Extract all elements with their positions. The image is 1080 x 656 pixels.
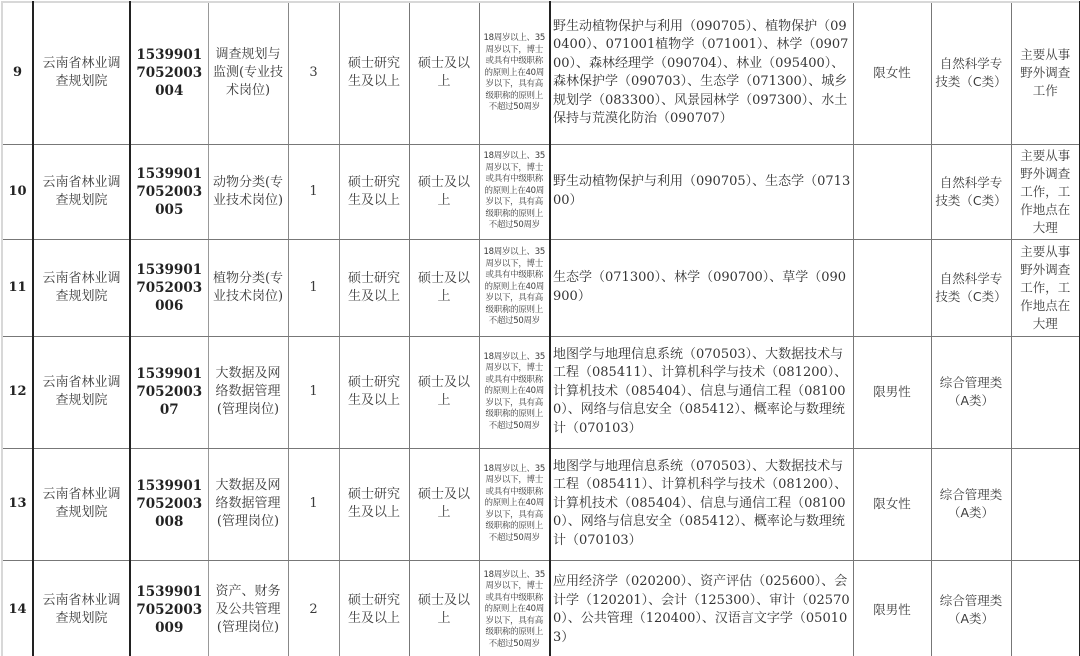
- hire-count: 1: [288, 144, 339, 239]
- degree-requirement: 硕士及以上: [409, 336, 479, 448]
- age-requirement: 18周岁以上、35周岁以下，博士或具有中级职称的原则上在40周岁以下，具有高级职…: [479, 560, 550, 656]
- degree-requirement: 硕士及以上: [409, 560, 479, 656]
- remarks: [1011, 448, 1080, 560]
- education-requirement: 硕士研究生及以上: [339, 336, 409, 448]
- exam-category: 综合管理类（A类）: [931, 336, 1011, 448]
- degree-requirement: 硕士及以上: [409, 2, 479, 144]
- position-name: 动物分类(专业技术岗位): [208, 144, 288, 239]
- recruiting-unit: 云南省林业调查规划院: [33, 448, 130, 560]
- major-requirement: 地图学与地理信息系统（070503）、大数据技术与工程（085411）、计算机科…: [550, 448, 853, 560]
- age-requirement: 18周岁以上、35周岁以下，博士或具有中级职称的原则上在40周岁以下，具有高级职…: [479, 144, 550, 239]
- remarks: 主要从事野外调查工作，工作地点在大理: [1011, 144, 1080, 239]
- hire-count: 1: [288, 336, 339, 448]
- row-number: 14: [2, 560, 33, 656]
- position-code: 15399017052003009: [130, 560, 208, 656]
- major-requirement: 野生动植物保护与利用（090705）、植物保护（090400）、071001植物…: [550, 2, 853, 144]
- position-code: 15399017052003004: [130, 2, 208, 144]
- recruiting-unit: 云南省林业调查规划院: [33, 336, 130, 448]
- education-requirement: 硕士研究生及以上: [339, 144, 409, 239]
- hire-count: 1: [288, 448, 339, 560]
- table-row: 10 云南省林业调查规划院 15399017052003005 动物分类(专业技…: [2, 144, 1080, 239]
- position-name: 植物分类(专业技术岗位): [208, 239, 288, 336]
- table-row: 13 云南省林业调查规划院 15399017052003008 大数据及网络数据…: [2, 448, 1080, 560]
- position-code: 1539901705200307: [130, 336, 208, 448]
- exam-category: 自然科学专技类（C类）: [931, 2, 1011, 144]
- table-row: 9 云南省林业调查规划院 15399017052003004 调查规划与监测(专…: [2, 2, 1080, 144]
- other-conditions: 限女性: [853, 448, 931, 560]
- table-row: 12 云南省林业调查规划院 1539901705200307 大数据及网络数据管…: [2, 336, 1080, 448]
- exam-category: 自然科学专技类（C类）: [931, 239, 1011, 336]
- row-number: 9: [2, 2, 33, 144]
- age-requirement: 18周岁以上、35周岁以下，博士或具有中级职称的原则上在40周岁以下，具有高级职…: [479, 448, 550, 560]
- other-conditions: 限男性: [853, 336, 931, 448]
- exam-category: 自然科学专技类（C类）: [931, 144, 1011, 239]
- major-requirement: 地图学与地理信息系统（070503）、大数据技术与工程（085411）、计算机科…: [550, 336, 853, 448]
- education-requirement: 硕士研究生及以上: [339, 239, 409, 336]
- position-code: 15399017052003006: [130, 239, 208, 336]
- age-requirement: 18周岁以上、35周岁以下，博士或具有中级职称的原则上在40周岁以下，具有高级职…: [479, 336, 550, 448]
- exam-category: 综合管理类（A类）: [931, 448, 1011, 560]
- position-name: 大数据及网络数据管理(管理岗位): [208, 336, 288, 448]
- education-requirement: 硕士研究生及以上: [339, 2, 409, 144]
- other-conditions: [853, 144, 931, 239]
- row-number: 10: [2, 144, 33, 239]
- major-requirement: 野生动植物保护与利用（090705）、生态学（071300）: [550, 144, 853, 239]
- hire-count: 2: [288, 560, 339, 656]
- position-code: 15399017052003008: [130, 448, 208, 560]
- recruiting-unit: 云南省林业调查规划院: [33, 239, 130, 336]
- remarks: 主要从事野外调查工作，工作地点在大理: [1011, 239, 1080, 336]
- position-name: 调查规划与监测(专业技术岗位): [208, 2, 288, 144]
- degree-requirement: 硕士及以上: [409, 239, 479, 336]
- row-number: 11: [2, 239, 33, 336]
- major-requirement: 生态学（071300）、林学（090700）、草学（090900）: [550, 239, 853, 336]
- recruiting-unit: 云南省林业调查规划院: [33, 2, 130, 144]
- other-conditions: 限女性: [853, 2, 931, 144]
- remarks: [1011, 336, 1080, 448]
- position-name: 大数据及网络数据管理(管理岗位): [208, 448, 288, 560]
- other-conditions: 限男性: [853, 560, 931, 656]
- table-row: 11 云南省林业调查规划院 15399017052003006 植物分类(专业技…: [2, 239, 1080, 336]
- degree-requirement: 硕士及以上: [409, 144, 479, 239]
- row-number: 12: [2, 336, 33, 448]
- recruiting-unit: 云南省林业调查规划院: [33, 144, 130, 239]
- other-conditions: [853, 239, 931, 336]
- position-code: 15399017052003005: [130, 144, 208, 239]
- hire-count: 1: [288, 239, 339, 336]
- exam-category: 综合管理类（A类）: [931, 560, 1011, 656]
- positions-table: 9 云南省林业调查规划院 15399017052003004 调查规划与监测(专…: [1, 1, 1080, 656]
- age-requirement: 18周岁以上、35周岁以下，博士或具有中级职称的原则上在40周岁以下，具有高级职…: [479, 2, 550, 144]
- remarks: [1011, 560, 1080, 656]
- remarks: 主要从事野外调查工作: [1011, 2, 1080, 144]
- degree-requirement: 硕士及以上: [409, 448, 479, 560]
- row-number: 13: [2, 448, 33, 560]
- major-requirement: 应用经济学（020200）、资产评估（025600）、会计学（120201）、会…: [550, 560, 853, 656]
- education-requirement: 硕士研究生及以上: [339, 560, 409, 656]
- table-row: 14 云南省林业调查规划院 15399017052003009 资产、财务及公共…: [2, 560, 1080, 656]
- education-requirement: 硕士研究生及以上: [339, 448, 409, 560]
- recruiting-unit: 云南省林业调查规划院: [33, 560, 130, 656]
- hire-count: 3: [288, 2, 339, 144]
- age-requirement: 18周岁以上、35周岁以下，博士或具有中级职称的原则上在40周岁以下，具有高级职…: [479, 239, 550, 336]
- position-name: 资产、财务及公共管理(管理岗位): [208, 560, 288, 656]
